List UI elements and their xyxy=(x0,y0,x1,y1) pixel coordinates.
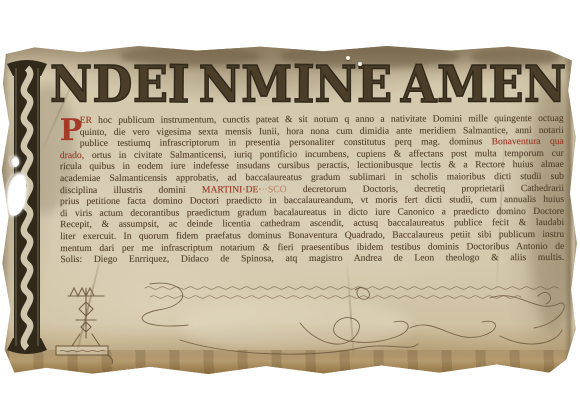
header-letter: N xyxy=(315,59,357,109)
header-letter: I xyxy=(168,58,190,110)
header-letter: E xyxy=(133,59,168,109)
subscription-script-line2 xyxy=(150,296,521,299)
body-line: Solis: Diego Enrriquez, Didaco de Spinos… xyxy=(60,252,564,266)
subscription-script-line xyxy=(145,287,558,290)
initial-vine xyxy=(24,68,30,348)
drop-cap-P: P xyxy=(60,115,80,149)
header-letter: N xyxy=(199,59,241,109)
header-letter: E xyxy=(357,59,392,109)
signature-flourish xyxy=(142,283,564,354)
latin-body-text: P ER hoc publicum instrumentum, cunctis … xyxy=(60,113,565,266)
header-letter: N xyxy=(524,59,566,109)
pin-speck xyxy=(358,62,362,66)
header-letter: M xyxy=(437,59,488,109)
header-letter: M xyxy=(241,59,292,109)
header-letter: A xyxy=(401,58,437,110)
header-letter: I xyxy=(292,58,314,110)
notary-sign-icon xyxy=(56,288,112,364)
pin-speck xyxy=(346,56,350,60)
signatures-area xyxy=(50,278,570,364)
header-letter: E xyxy=(488,59,523,109)
photograph: NDEINMINEAMEN P ER hoc publicum instrume… xyxy=(0,0,580,420)
ornate-header: NDEINMINEAMEN xyxy=(50,58,566,110)
header-letter: D xyxy=(92,59,132,109)
header-letter: N xyxy=(50,59,92,109)
parchment-document: NDEINMINEAMEN P ER hoc publicum instrume… xyxy=(0,44,578,376)
